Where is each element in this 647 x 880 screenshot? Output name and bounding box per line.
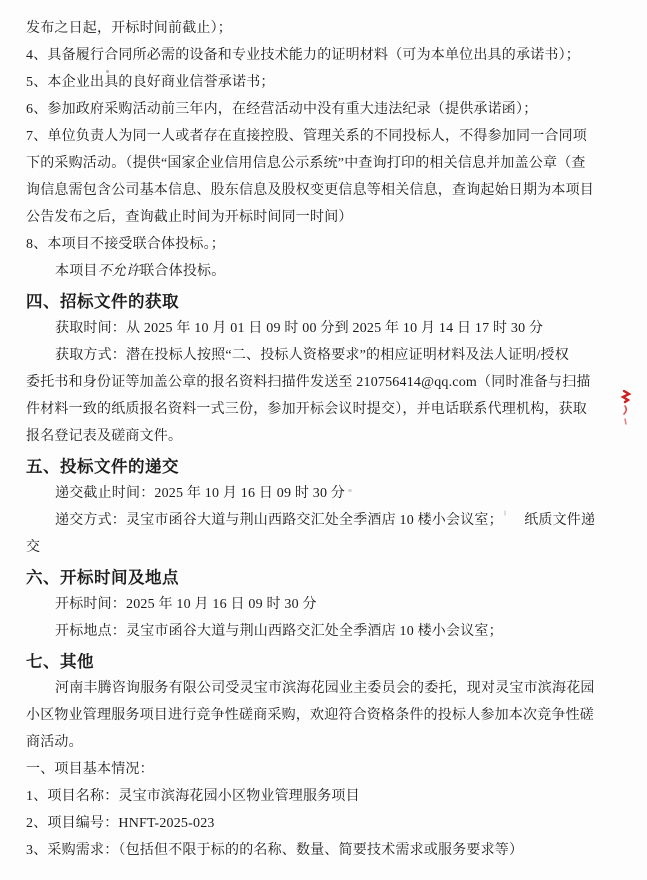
jv-prefix-text: 本项目 (55, 264, 98, 279)
heading-section-4-doc-acquisition: 四、招标文件的获取 (26, 288, 625, 315)
line-other-paragraph-2: 小区物业管理服务项目进行竞争性磋商采购，欢迎符合资格条件的投标人参加本次竞争性磋 (26, 702, 625, 729)
scanned-tender-document-page: 发布之日起，开标时间前截止）； 4、具备履行合同所必需的设备和专业技术能力的证明… (0, 0, 647, 880)
red-pen-mark-artifact (620, 390, 632, 428)
heading-section-7-other: 七、其他 (26, 648, 625, 675)
line-opening-place: 开标地点：灵宝市函谷大道与荆山西路交汇处全季酒店 10 楼小会议室； (26, 618, 625, 645)
line-project-number: 2、项目编号：HNFT-2025-023 (26, 810, 625, 837)
line-submission-deadline: 递交截止时间：2025 年 10 月 16 日 09 时 30 分 (26, 480, 625, 507)
line-carryover-deadline: 发布之日起，开标时间前截止）； (26, 15, 625, 42)
scan-speck-artifact (504, 510, 506, 516)
item-7-same-person-rule-3: 询信息需包含公司基本信息、股东信息及股权变更信息等相关信息，查询起始日期为本项目 (26, 177, 625, 204)
line-acquisition-method-2: 委托书和身份证等加盖公章的报名资料扫描件发送至 210756414@qq.com… (26, 369, 625, 396)
jv-emphasized-text: 不允许 (98, 264, 141, 279)
line-acquisition-time: 获取时间：从 2025 年 10 月 01 日 09 时 00 分到 2025 … (26, 315, 625, 342)
line-submission-method-1: 递交方式：灵宝市函谷大道与荆山西路交汇处全季酒店 10 楼小会议室； 纸质文件递 (26, 507, 625, 534)
line-opening-time: 开标时间：2025 年 10 月 16 日 09 时 30 分 (26, 591, 625, 618)
item-7-same-person-rule-4: 公告发布之后，查询截止时间为开标时间同一时间） (26, 204, 625, 231)
line-other-paragraph-3: 商活动。 (26, 729, 625, 756)
item-7-same-person-rule-2: 下的采购活动。（提供“国家企业信用信息公示系统”中查询打印的相关信息并加盖公章（… (26, 150, 625, 177)
heading-section-6-opening-time-place: 六、开标时间及地点 (26, 564, 625, 591)
scan-speck-artifact (106, 70, 109, 73)
line-project-name: 1、项目名称：灵宝市滨海花园小区物业管理服务项目 (26, 783, 625, 810)
item-5-credit-commitment: 5、本企业出具的良好商业信誉承诺书； (26, 69, 625, 96)
item-7-same-person-rule-1: 7、单位负责人为同一人或者存在直接控股、管理关系的不同投标人，不得参加同一合同项 (26, 123, 625, 150)
item-6-no-major-violations: 6、参加政府采购活动前三年内，在经营活动中没有重大违法纪录（提供承诺函）； (26, 96, 625, 123)
line-other-paragraph-1: 河南丰腾咨询服务有限公司受灵宝市滨海花园业主委员会的委托，现对灵宝市滨海花园 (26, 675, 625, 702)
line-procurement-demand: 3、采购需求：（包括但不限于标的的名称、数量、简要技术需求或服务要求等） (26, 837, 625, 864)
line-acquisition-method-1: 获取方式：潜在投标人按照“二、投标人资格要求”的相应证明材料及法人证明/授权 (26, 342, 625, 369)
heading-section-5-bid-submission: 五、投标文件的递交 (26, 453, 625, 480)
line-submission-method-2: 交 (26, 534, 625, 561)
line-basic-info-heading: 一、项目基本情况： (26, 756, 625, 783)
jv-suffix-text: 联合体投标。 (140, 264, 225, 279)
line-acquisition-method-3: 件材料一致的纸质报名资料一式三份，参加开标会议时提交），并电话联系代理机构，获取 (26, 396, 625, 423)
item-8-no-consortium: 8、本项目不接受联合体投标。； (26, 231, 625, 258)
item-4-equipment-capability: 4、具备履行合同所必需的设备和专业技术能力的证明材料（可为本单位出具的承诺书）； (26, 42, 625, 69)
line-no-consortium-emphasis: 本项目不允许联合体投标。 (26, 258, 625, 285)
line-acquisition-method-4: 报名登记表及磋商文件。 (26, 423, 625, 450)
scan-speck-artifact (348, 489, 352, 492)
